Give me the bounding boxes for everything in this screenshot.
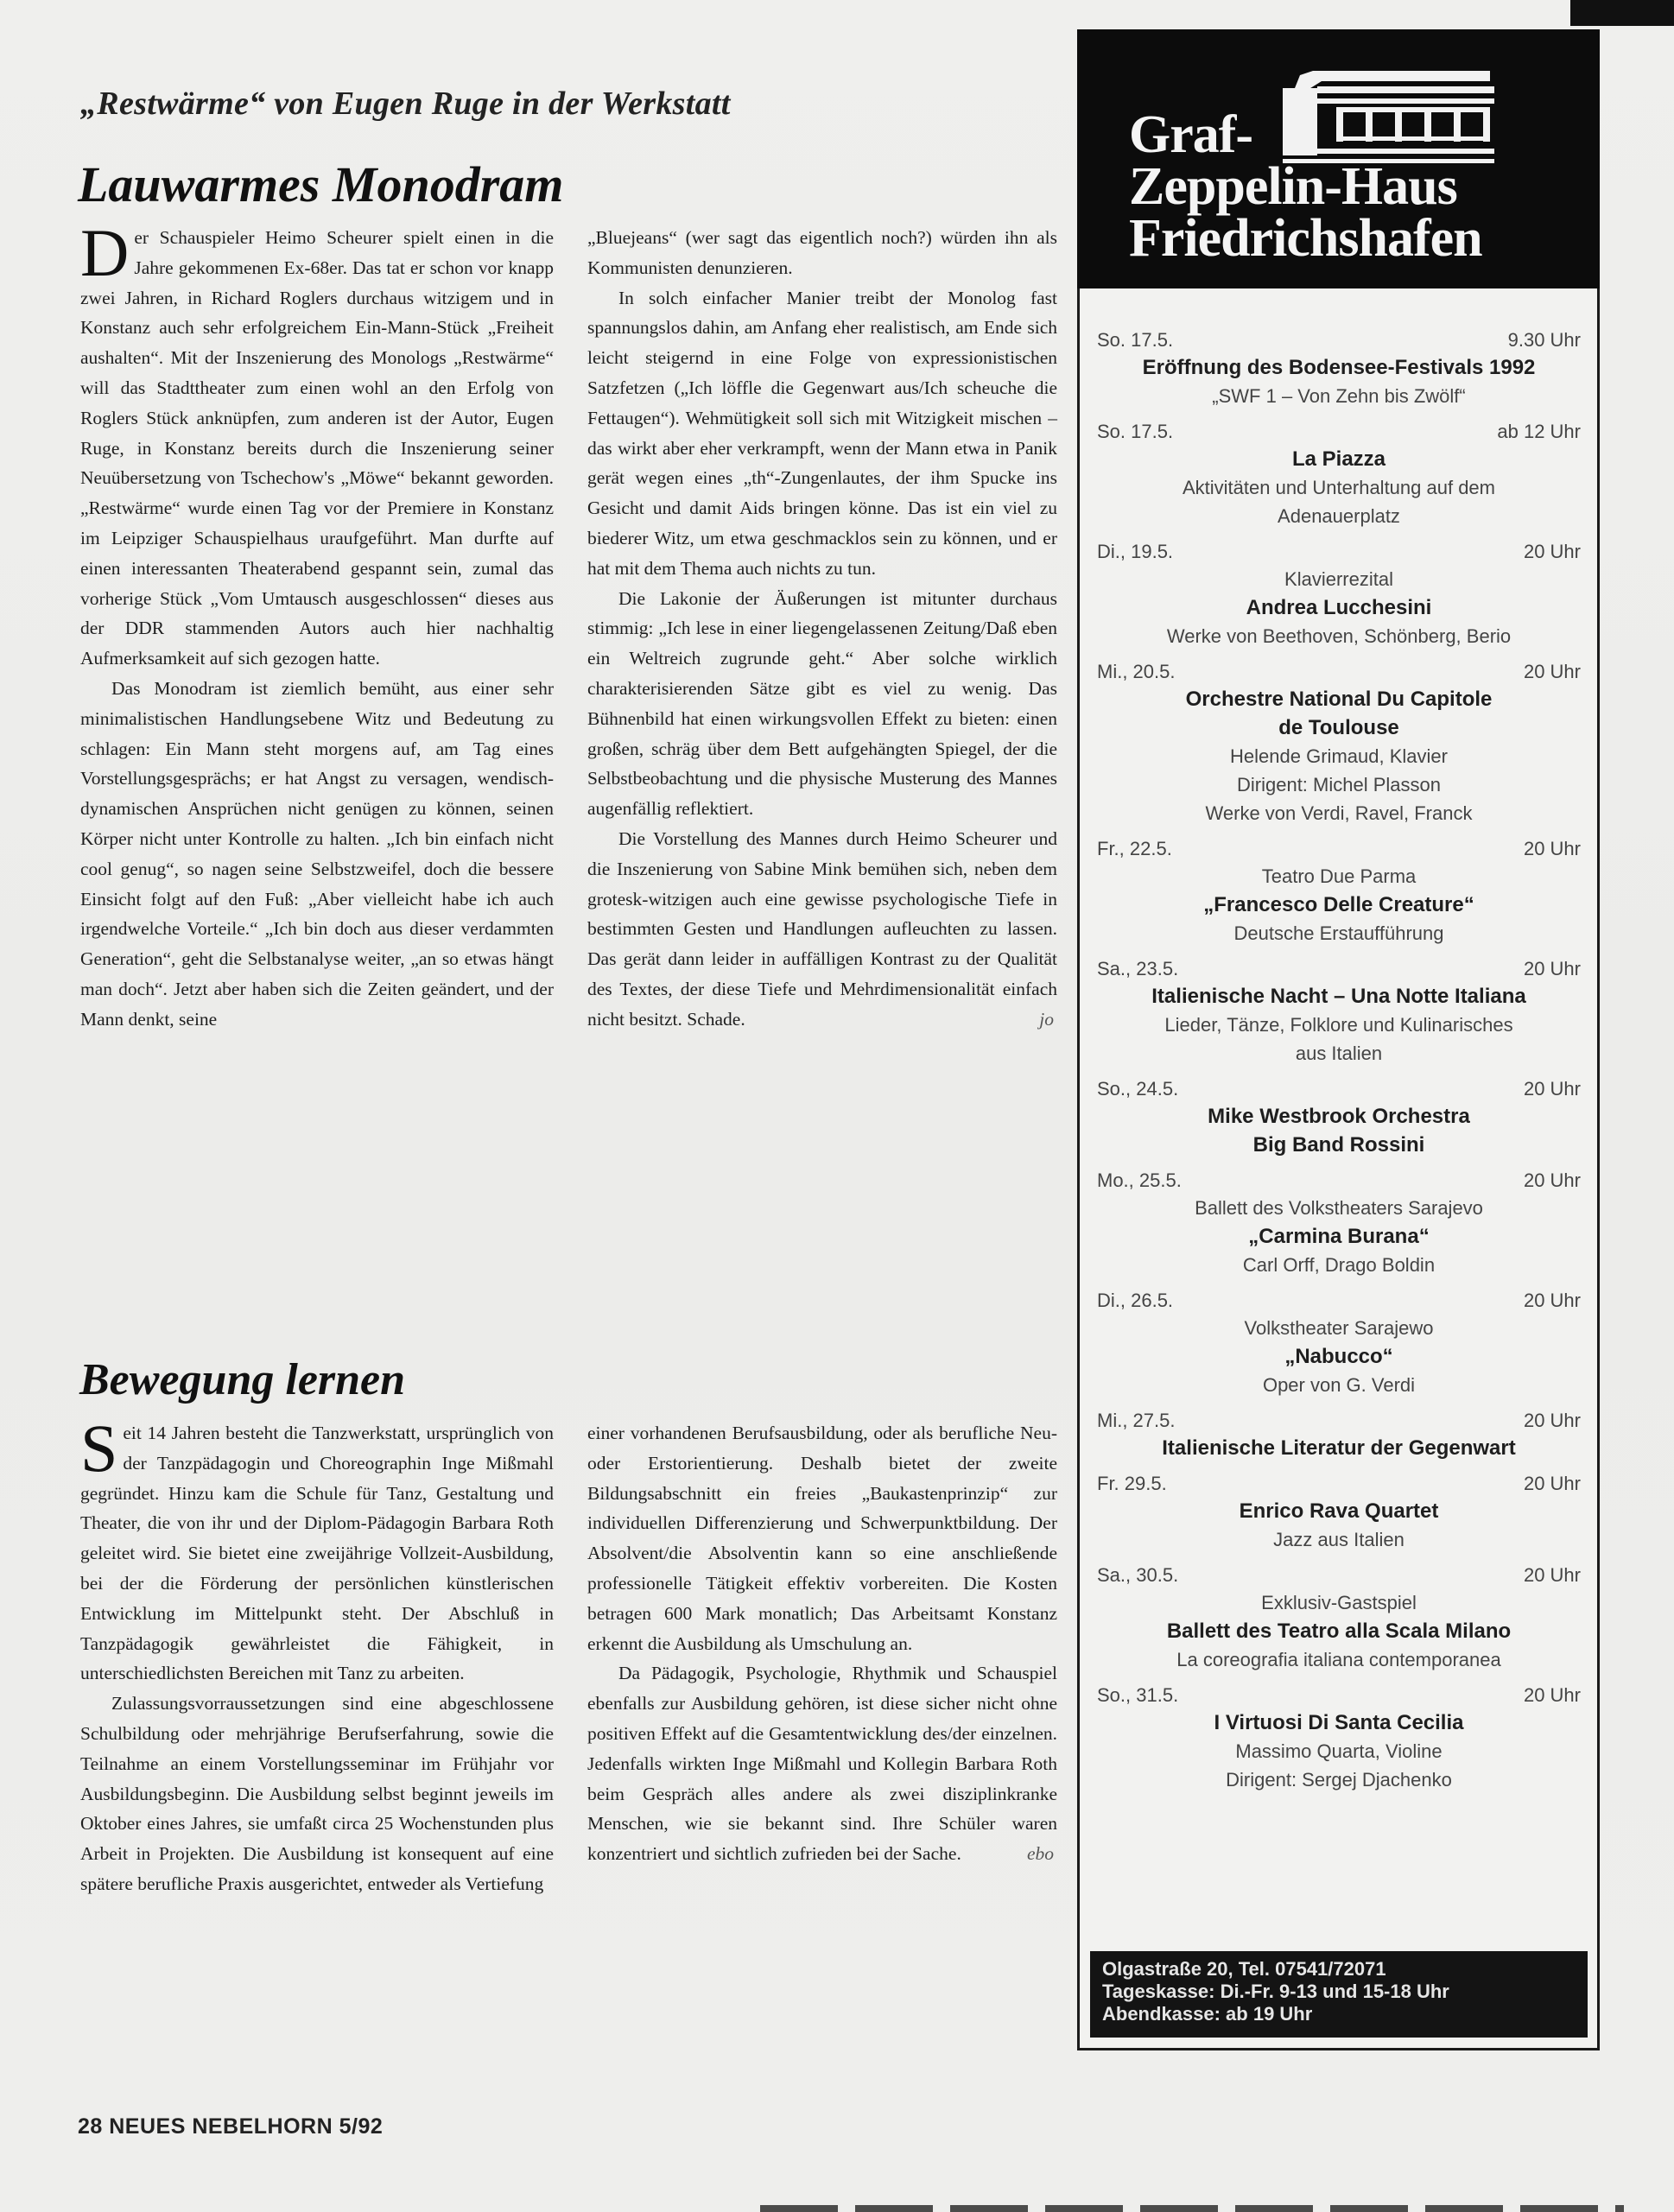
event-date: Fr. 29.5. xyxy=(1097,1471,1167,1497)
event-time: 20 Uhr xyxy=(1524,1683,1581,1708)
event-time: 20 Uhr xyxy=(1524,1076,1581,1102)
event-time: ab 12 Uhr xyxy=(1497,419,1581,445)
event-title: Ballett des Teatro alla Scala Milano xyxy=(1097,1617,1581,1645)
event-title: La Piazza xyxy=(1097,445,1581,473)
event-time: 20 Uhr xyxy=(1524,1408,1581,1434)
event-entry: So. 17.5.9.30 UhrEröffnung des Bodensee-… xyxy=(1097,327,1581,410)
article2-column-1: Seit 14 Jahren besteht die Tanzwerkstatt… xyxy=(80,1418,554,1899)
event-date-time: So., 24.5.20 Uhr xyxy=(1097,1076,1581,1102)
event-advertisement: Graf- Zeppelin-Haus Friedrichshafen So. … xyxy=(1077,29,1600,2050)
event-date-time: So., 31.5.20 Uhr xyxy=(1097,1683,1581,1708)
event-date-time: Di., 26.5.20 Uhr xyxy=(1097,1288,1581,1314)
ticket-info: Olgastraße 20, Tel. 07541/72071 Tageskas… xyxy=(1090,1951,1588,2038)
article1-column-2: „Bluejeans“ (wer sagt das eigentlich noc… xyxy=(587,223,1057,1035)
event-title: I Virtuosi Di Santa Cecilia xyxy=(1097,1708,1581,1737)
event-time: 20 Uhr xyxy=(1524,956,1581,982)
event-detail: Exklusiv-Gastspiel xyxy=(1097,1588,1581,1617)
ad-logo-header: Graf- Zeppelin-Haus Friedrichshafen xyxy=(1077,29,1600,288)
event-date-time: Fr., 22.5.20 Uhr xyxy=(1097,836,1581,862)
event-date: So., 24.5. xyxy=(1097,1076,1178,1102)
event-detail: Oper von G. Verdi xyxy=(1097,1371,1581,1399)
event-date-time: Sa., 30.5.20 Uhr xyxy=(1097,1562,1581,1588)
event-title: Italienische Nacht – Una Notte Italiana xyxy=(1097,982,1581,1011)
drop-cap: D xyxy=(80,226,129,280)
paragraph: Die Vorstellung des Mannes durch Heimo S… xyxy=(587,824,1057,1035)
event-title: „Nabucco“ xyxy=(1097,1342,1581,1371)
event-entry: Mo., 25.5.20 UhrBallett des Volkstheater… xyxy=(1097,1168,1581,1279)
article1-column-1: Der Schauspieler Heimo Scheurer spielt e… xyxy=(80,223,554,1035)
event-entry: Fr. 29.5.20 UhrEnrico Rava QuartetJazz a… xyxy=(1097,1471,1581,1554)
event-time: 20 Uhr xyxy=(1524,1471,1581,1497)
event-title: Orchestre National Du Capitole xyxy=(1097,685,1581,713)
event-detail: Ballett des Volkstheaters Sarajevo xyxy=(1097,1194,1581,1222)
event-detail: „SWF 1 – Von Zehn bis Zwölf“ xyxy=(1097,382,1581,410)
event-title: „Francesco Delle Creature“ xyxy=(1097,891,1581,919)
paragraph: einer vorhandenen Berufsausbildung, oder… xyxy=(587,1418,1057,1658)
event-title: „Carmina Burana“ xyxy=(1097,1222,1581,1251)
paragraph: Zulassungsvorraussetzungen sind eine abg… xyxy=(80,1689,554,1899)
event-entry: Mi., 20.5.20 UhrOrchestre National Du Ca… xyxy=(1097,659,1581,827)
event-date: Di., 19.5. xyxy=(1097,539,1173,565)
paragraph: Da Pädagogik, Psychologie, Rhythmik und … xyxy=(587,1658,1057,1869)
event-title: de Toulouse xyxy=(1097,713,1581,742)
paragraph: Seit 14 Jahren besteht die Tanzwerkstatt… xyxy=(80,1418,554,1689)
paragraph: In solch einfacher Manier treibt der Mon… xyxy=(587,283,1057,584)
event-detail: Klavierrezital xyxy=(1097,565,1581,593)
event-detail: Aktivitäten und Unterhaltung auf dem xyxy=(1097,473,1581,502)
event-detail: Jazz aus Italien xyxy=(1097,1525,1581,1554)
event-detail: Werke von Verdi, Ravel, Franck xyxy=(1097,799,1581,827)
event-date: So. 17.5. xyxy=(1097,327,1173,353)
event-detail: Dirigent: Sergej Djachenko xyxy=(1097,1765,1581,1794)
event-date-time: So. 17.5.9.30 Uhr xyxy=(1097,327,1581,353)
event-entry: So. 17.5.ab 12 UhrLa PiazzaAktivitäten u… xyxy=(1097,419,1581,530)
event-entry: So., 31.5.20 UhrI Virtuosi Di Santa Ceci… xyxy=(1097,1683,1581,1794)
event-detail: La coreografia italiana contemporanea xyxy=(1097,1645,1581,1674)
paragraph: Das Monodram ist ziemlich bemüht, aus ei… xyxy=(80,674,554,1035)
event-date: So. 17.5. xyxy=(1097,419,1173,445)
event-date: Fr., 22.5. xyxy=(1097,836,1172,862)
event-entry: So., 24.5.20 UhrMike Westbrook Orchestra… xyxy=(1097,1076,1581,1159)
event-entry: Di., 26.5.20 UhrVolkstheater Sarajewo„Na… xyxy=(1097,1288,1581,1399)
event-date-time: Fr. 29.5.20 Uhr xyxy=(1097,1471,1581,1497)
event-time: 20 Uhr xyxy=(1524,1562,1581,1588)
event-title: Eröffnung des Bodensee-Festivals 1992 xyxy=(1097,353,1581,382)
scan-edge xyxy=(1570,0,1674,26)
venue-logo-text: Graf- Zeppelin-Haus Friedrichshafen xyxy=(1129,109,1482,264)
event-date-time: Mi., 27.5.20 Uhr xyxy=(1097,1408,1581,1434)
event-date: So., 31.5. xyxy=(1097,1683,1178,1708)
paragraph: Der Schauspieler Heimo Scheurer spielt e… xyxy=(80,223,554,674)
event-title: Andrea Lucchesini xyxy=(1097,593,1581,622)
event-time: 9.30 Uhr xyxy=(1508,327,1581,353)
event-date: Mi., 27.5. xyxy=(1097,1408,1175,1434)
event-date-time: Sa., 23.5.20 Uhr xyxy=(1097,956,1581,982)
event-date-time: So. 17.5.ab 12 Uhr xyxy=(1097,419,1581,445)
event-time: 20 Uhr xyxy=(1524,1168,1581,1194)
event-list: So. 17.5.9.30 UhrEröffnung des Bodensee-… xyxy=(1097,327,1581,1803)
event-date: Mo., 25.5. xyxy=(1097,1168,1182,1194)
event-detail: Werke von Beethoven, Schönberg, Berio xyxy=(1097,622,1581,650)
event-entry: Sa., 23.5.20 UhrItalienische Nacht – Una… xyxy=(1097,956,1581,1068)
event-date: Sa., 23.5. xyxy=(1097,956,1178,982)
event-detail: Adenauerplatz xyxy=(1097,502,1581,530)
article-headline: Bewegung lernen xyxy=(79,1354,405,1405)
event-detail: Massimo Quarta, Violine xyxy=(1097,1737,1581,1765)
event-date: Di., 26.5. xyxy=(1097,1288,1173,1314)
article-kicker: „Restwärme“ von Eugen Ruge in der Werkst… xyxy=(80,85,731,123)
page-footer: 28 NEUES NEBELHORN 5/92 xyxy=(78,2114,383,2139)
event-time: 20 Uhr xyxy=(1524,539,1581,565)
event-detail: Volkstheater Sarajewo xyxy=(1097,1314,1581,1342)
event-detail: Carl Orff, Drago Boldin xyxy=(1097,1251,1581,1279)
event-entry: Fr., 22.5.20 UhrTeatro Due Parma„Frances… xyxy=(1097,836,1581,948)
event-date-time: Di., 19.5.20 Uhr xyxy=(1097,539,1581,565)
article-headline: Lauwarmes Monodram xyxy=(78,155,563,213)
event-time: 20 Uhr xyxy=(1524,659,1581,685)
article2-column-2: einer vorhandenen Berufsausbildung, oder… xyxy=(587,1418,1057,1869)
event-detail: Dirigent: Michel Plasson xyxy=(1097,770,1581,799)
event-date-time: Mo., 25.5.20 Uhr xyxy=(1097,1168,1581,1194)
event-title: Italienische Literatur der Gegenwart xyxy=(1097,1434,1581,1462)
magazine-page: „Restwärme“ von Eugen Ruge in der Werkst… xyxy=(0,0,1674,2212)
event-entry: Mi., 27.5.20 UhrItalienische Literatur d… xyxy=(1097,1408,1581,1462)
event-date: Sa., 30.5. xyxy=(1097,1562,1178,1588)
event-title: Enrico Rava Quartet xyxy=(1097,1497,1581,1525)
event-entry: Sa., 30.5.20 UhrExklusiv-GastspielBallet… xyxy=(1097,1562,1581,1674)
drop-cap: S xyxy=(80,1422,117,1475)
author-signature: ebo xyxy=(996,1839,1057,1869)
event-detail: aus Italien xyxy=(1097,1039,1581,1068)
event-date: Mi., 20.5. xyxy=(1097,659,1175,685)
event-entry: Di., 19.5.20 UhrKlavierrezitalAndrea Luc… xyxy=(1097,539,1581,650)
event-detail: Teatro Due Parma xyxy=(1097,862,1581,891)
scan-edge-bottom xyxy=(760,2205,1624,2212)
paragraph: „Bluejeans“ (wer sagt das eigentlich noc… xyxy=(587,223,1057,283)
event-detail: Lieder, Tänze, Folklore und Kulinarische… xyxy=(1097,1011,1581,1039)
paragraph: Die Lakonie der Äußerungen ist mitunter … xyxy=(587,584,1057,824)
event-detail: Helende Grimaud, Klavier xyxy=(1097,742,1581,770)
event-date-time: Mi., 20.5.20 Uhr xyxy=(1097,659,1581,685)
event-time: 20 Uhr xyxy=(1524,1288,1581,1314)
author-signature: jo xyxy=(1008,1005,1057,1035)
event-title: Big Band Rossini xyxy=(1097,1131,1581,1159)
event-detail: Deutsche Erstaufführung xyxy=(1097,919,1581,948)
event-title: Mike Westbrook Orchestra xyxy=(1097,1102,1581,1131)
event-time: 20 Uhr xyxy=(1524,836,1581,862)
